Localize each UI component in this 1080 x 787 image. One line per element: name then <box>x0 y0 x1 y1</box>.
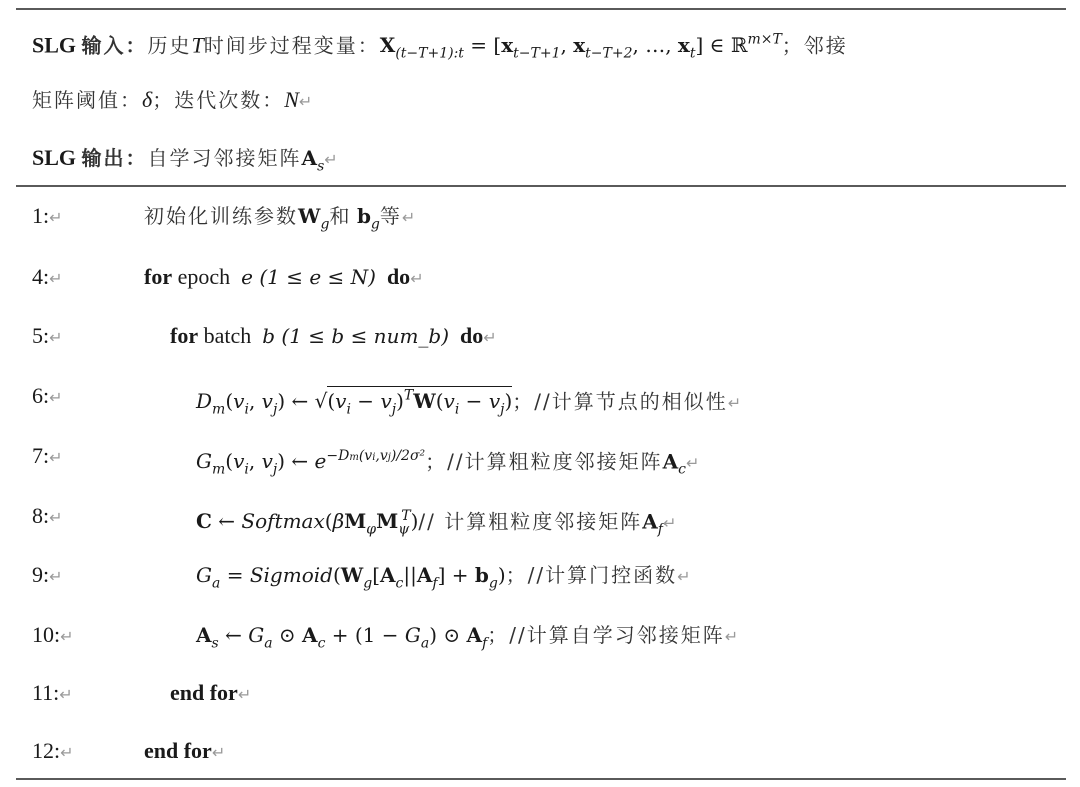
input-line-2: 矩阵阈值：δ；迭代次数：N↵ <box>32 85 312 117</box>
step-formula: Ga = Sigmoid(Wg[Ac||Af] + bg) <box>196 562 506 587</box>
input-formula: X(t−T+1):t = [xt−T+1, xt−T+2, …, xt] ∈ ℝ… <box>380 32 782 57</box>
step-comment: ；//计算自学习邻接矩阵 <box>487 623 724 647</box>
return-mark-icon: ↵ <box>677 567 690 586</box>
return-mark-icon: ↵ <box>49 208 62 227</box>
return-mark-icon: ↵ <box>49 508 62 527</box>
step-number: 11:↵ <box>32 678 73 710</box>
step-number: 4:↵ <box>32 262 63 294</box>
step-number: 8:↵ <box>32 501 63 533</box>
keyword-do: do <box>387 264 410 289</box>
step-number: 10:↵ <box>32 620 74 652</box>
step-11-end-for: end for↵ <box>170 678 251 710</box>
input-label-cjk: 输入： <box>82 33 148 57</box>
step-6-distance: Dm(vi, vj) ← √(vi − vj)TW(vi − vj)；//计算节… <box>196 381 741 425</box>
step-9-gate: Ga = Sigmoid(Wg[Ac||Af] + bg)；//计算门控函数↵ <box>196 560 691 598</box>
return-mark-icon: ↵ <box>60 627 73 646</box>
step-text: 初始化训练参数 <box>144 204 298 228</box>
return-mark-icon: ↵ <box>212 743 225 762</box>
output-var: A <box>302 146 318 170</box>
input-label: SLG <box>32 32 82 57</box>
threshold-var: δ <box>142 87 152 112</box>
loop-condition: b (1 ≤ b ≤ num_b) <box>262 324 449 348</box>
loop-label: epoch <box>178 264 231 289</box>
step-formula: Dm(vi, vj) ← √(vi − vj)TW(vi − vj) <box>196 388 512 413</box>
output-text: 自学习邻接矩阵 <box>148 146 302 170</box>
return-mark-icon: ↵ <box>60 743 73 762</box>
bottom-rule <box>16 778 1066 780</box>
output-line: SLG 输出：自学习邻接矩阵As↵ <box>32 143 338 181</box>
return-mark-icon: ↵ <box>59 685 72 704</box>
return-mark-icon: ↵ <box>686 453 699 472</box>
return-mark-icon: ↵ <box>49 328 62 347</box>
middle-rule <box>16 185 1066 187</box>
return-mark-icon: ↵ <box>483 328 496 347</box>
top-rule <box>16 8 1066 10</box>
input-line-1: SLG 输入：历史T时间步过程变量：X(t−T+1):t = [xt−T+1, … <box>32 25 848 69</box>
iterations-label: ；迭代次数： <box>152 88 284 112</box>
keyword-for: for <box>144 264 172 289</box>
step-number: 1:↵ <box>32 201 63 233</box>
step-text-and: 和 <box>329 204 351 228</box>
return-mark-icon: ↵ <box>410 269 423 288</box>
input-text-timesteps: 时间步过程变量： <box>204 33 380 57</box>
keyword-do: do <box>460 323 483 348</box>
return-mark-icon: ↵ <box>728 393 741 412</box>
return-mark-icon: ↵ <box>49 388 62 407</box>
step-5-for-batch: for batch b (1 ≤ b ≤ num_b) do↵ <box>170 321 497 353</box>
step-text-etc: 等 <box>380 204 402 228</box>
step-7-gaussian: Gm(vi, vj) ← e−Dm(vi,vj)/2σ²；//计算粗粒度邻接矩阵… <box>196 441 699 485</box>
input-text-adjacency: ；邻接 <box>782 33 848 57</box>
output-label-cjk: 输出： <box>82 146 148 170</box>
loop-condition: e (1 ≤ e ≤ N) <box>241 265 376 289</box>
step-number: 5:↵ <box>32 321 63 353</box>
step-number: 12:↵ <box>32 736 74 768</box>
step-comment: ；//计算粗粒度邻接矩阵 <box>425 449 662 473</box>
step-number: 9:↵ <box>32 560 63 592</box>
return-mark-icon: ↵ <box>324 150 337 169</box>
step-comment: ；//计算门控函数 <box>506 563 677 587</box>
step-4-for-epoch: for epoch e (1 ≤ e ≤ N) do↵ <box>144 262 424 294</box>
step-10-combine: As ← Ga ⊙ Ac + (1 − Ga) ⊙ Af；//计算自学习邻接矩阵… <box>196 620 738 658</box>
loop-label: batch <box>204 323 252 348</box>
input-var-T: T <box>192 32 204 57</box>
step-comment: ；//计算节点的相似性 <box>512 389 727 413</box>
keyword-for: for <box>170 323 198 348</box>
return-mark-icon: ↵ <box>299 92 312 111</box>
return-mark-icon: ↵ <box>49 448 62 467</box>
return-mark-icon: ↵ <box>49 567 62 586</box>
return-mark-icon: ↵ <box>402 208 415 227</box>
step-formula: As ← Ga ⊙ Ac + (1 − Ga) ⊙ Af <box>196 622 487 647</box>
step-formula: Gm(vi, vj) ← e−Dm(vi,vj)/2σ² <box>196 448 425 473</box>
step-8-softmax: C ← Softmax(βMφMψT)// 计算粗粒度邻接矩阵Af↵ <box>196 501 676 545</box>
step-1-init: 初始化训练参数Wg和 bg等↵ <box>144 201 415 239</box>
input-text-history: 历史 <box>148 33 192 57</box>
output-label: SLG <box>32 145 82 170</box>
return-mark-icon: ↵ <box>49 269 62 288</box>
keyword-end-for: end for <box>170 680 238 705</box>
return-mark-icon: ↵ <box>663 513 676 532</box>
step-number: 7:↵ <box>32 441 63 473</box>
step-comment: // 计算粗粒度邻接矩阵 <box>418 509 642 533</box>
return-mark-icon: ↵ <box>238 685 251 704</box>
keyword-end-for: end for <box>144 738 212 763</box>
iterations-var: N <box>284 87 299 112</box>
step-number: 6:↵ <box>32 381 63 413</box>
threshold-label: 矩阵阈值： <box>32 88 142 112</box>
step-formula: C ← Softmax(βMφMψT) <box>196 508 418 533</box>
return-mark-icon: ↵ <box>725 627 738 646</box>
step-12-end-for: end for↵ <box>144 736 225 768</box>
